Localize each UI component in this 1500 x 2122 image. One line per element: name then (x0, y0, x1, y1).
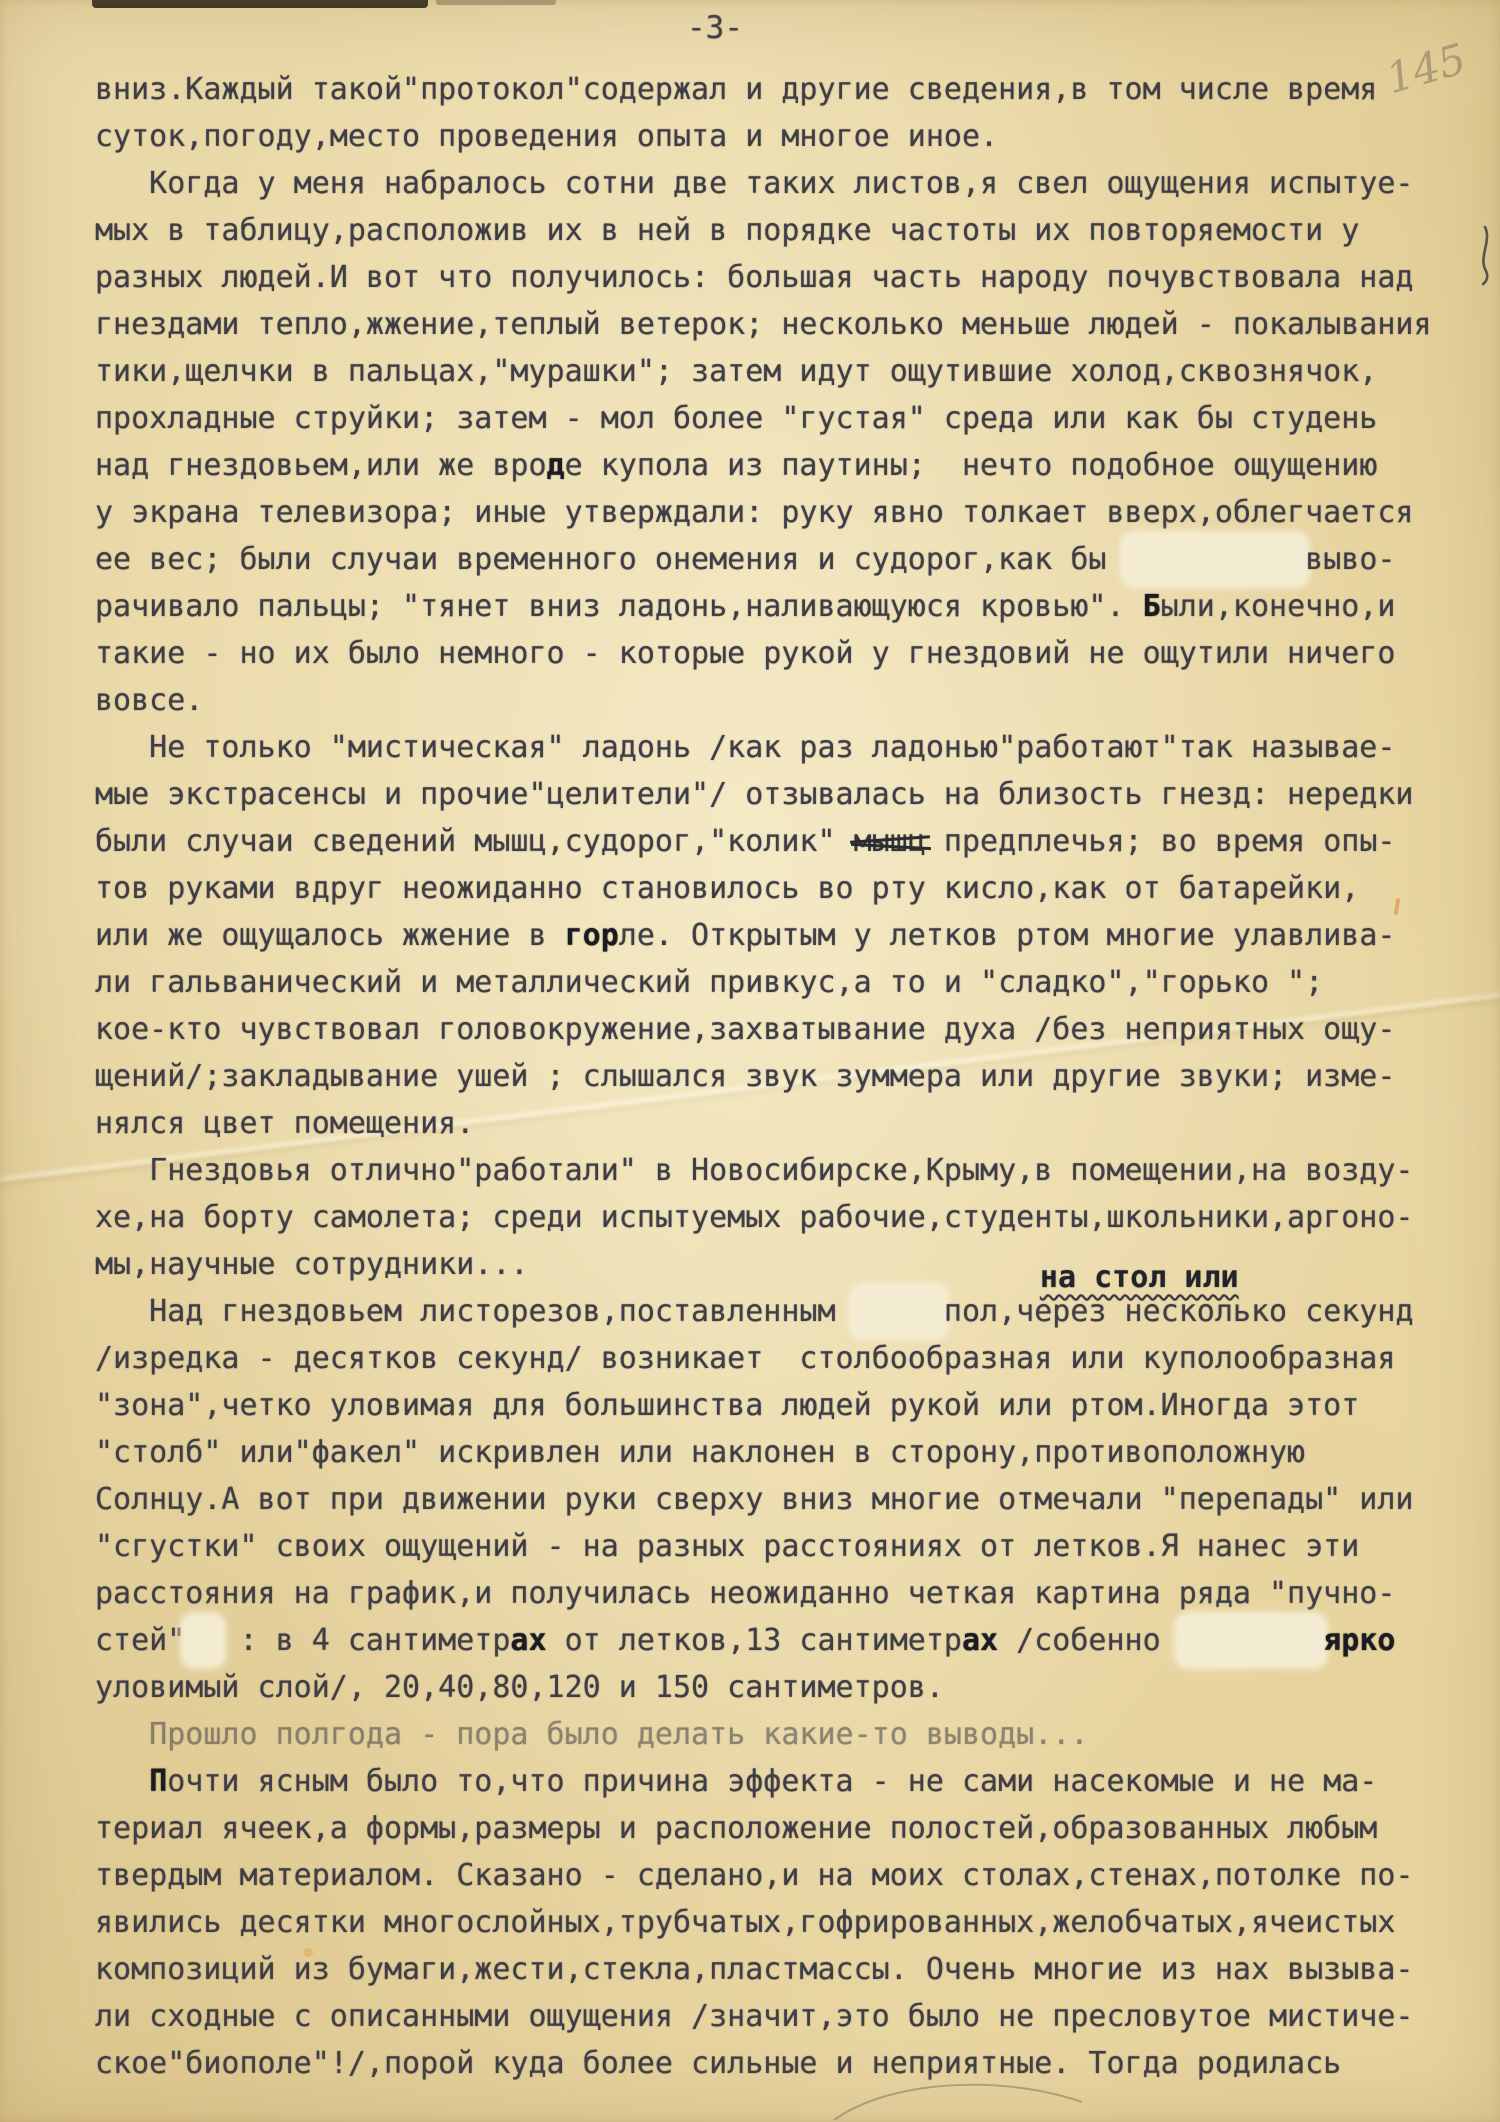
typed-line: рачивало пальцы; "тянет вниз ладонь,нали… (95, 583, 1495, 630)
typed-line: Прошло полгода - пора было делать какие-… (95, 1711, 1495, 1758)
typed-segment: над гнездовьем,или же вро (95, 448, 547, 483)
paper-fleck (303, 1948, 313, 1957)
typed-segment: расстояния на график,и получилась неожид… (95, 1576, 1395, 1611)
typed-line: расстояния на график,и получилась неожид… (95, 1570, 1495, 1617)
typed-segment: прохладные струйки; затем - мол более "г… (95, 401, 1377, 436)
typed-line: разных людей.И вот что получилось: больш… (95, 254, 1495, 301)
typed-segment: ли сходные с описанными ощущения /значит… (95, 1999, 1414, 2034)
typed-segment: тов руками вдруг неожиданно становилось … (95, 871, 1359, 906)
typed-line: териал ячеек,а формы,размеры и расположе… (95, 1805, 1495, 1852)
typed-line: прохладные струйки; затем - мол более "г… (95, 395, 1495, 442)
typed-line: Солнцу.А вот при движении руки сверху вн… (95, 1476, 1495, 1523)
typed-line: суток,погоду,место проведения опыта и мн… (95, 113, 1495, 160)
paragraph: Когда у меня набралось сотни две таких л… (95, 160, 1495, 724)
typed-line: ее вес; были случаи временного онемения … (95, 536, 1495, 583)
typed-line: Когда у меня набралось сотни две таких л… (95, 160, 1495, 207)
typed-segment: мы,научные сотрудники... (95, 1247, 528, 1282)
typed-segment: твердым материалом. Сказано - сделано,и … (95, 1858, 1414, 1893)
typed-segment (95, 1764, 149, 1799)
typed-line: стей" : в 4 сантиметрах от летков,13 сан… (95, 1617, 1495, 1664)
typed-segment: или же ощущалось жжение в (95, 918, 565, 953)
typed-segment: мые экстрасенсы и прочие"целители"/ отзы… (95, 777, 1414, 812)
typed-line: или же ощущалось жжение в горле. Открыты… (95, 912, 1495, 959)
typed-segment: ли гальванический и металлический привку… (95, 965, 1323, 1000)
typed-line: над гнездовьем,или же вроде купола из па… (95, 442, 1495, 489)
typed-segment: Когда у меня набралось сотни две таких л… (95, 166, 1414, 201)
typed-segment: разных людей.И вот что получилось: больш… (95, 260, 1414, 295)
typed-segment: ское"биополе"!/,порой куда более сильные… (95, 2046, 1341, 2081)
typed-segment: /собенно (998, 1623, 1179, 1658)
typed-segment: ее вес; были случаи временного онемения … (95, 542, 1125, 577)
typed-segment: /изредка - десятков секунд/ возникает ст… (95, 1341, 1395, 1376)
typed-segment: такие - но их было немного - которые рук… (95, 636, 1395, 671)
typed-segment: от летков,13 сантиметр (547, 1623, 962, 1658)
typed-line: хе,на борту самолета; среди испытуемых р… (95, 1194, 1495, 1241)
typed-segment: у экрана телевизора; иные утверждали: ру… (95, 495, 1414, 530)
typed-segment: очти ясным было то,что причина эффекта -… (167, 1764, 1377, 1799)
typed-line: вниз.Каждый такой"протокол"содержал и др… (95, 66, 1495, 113)
typed-line: вовсе. (95, 677, 1495, 724)
typed-segment: композиций из бумаги,жести,стекла,пластм… (95, 1952, 1414, 1987)
typed-segment: выво- (1305, 542, 1395, 577)
hand-corrected-text: П (149, 1764, 167, 1799)
typed-segment: Над гнездовьем листорезов,поставленным (95, 1294, 854, 1329)
paragraph: Над гнездовьем листорезов,поставленным н… (95, 1288, 1495, 1711)
typed-segment: кое-кто чувствовал головокружение,захват… (95, 1012, 1395, 1047)
typed-segment: ыли,конечно,и (1161, 589, 1396, 624)
hand-corrected-text: ярко (1323, 1623, 1395, 1658)
typed-line: "зона",четко уловимая для большинства лю… (95, 1382, 1495, 1429)
typed-segment: тики,щелчки в пальцах,"мурашки"; затем и… (95, 354, 1377, 389)
paragraph: Гнездовья отлично"работали" в Новосибирс… (95, 1147, 1495, 1288)
typed-line: "столб" или"факел" искривлен или наклоне… (95, 1429, 1495, 1476)
typed-line: мы,научные сотрудники... (95, 1241, 1495, 1288)
margin-ink-mark (1474, 224, 1496, 290)
whiteout-patch (1179, 1617, 1324, 1664)
typed-segment: гнездами тепло,жжение,теплый ветерок; не… (95, 307, 1432, 342)
typed-line: у экрана телевизора; иные утверждали: ру… (95, 489, 1495, 536)
typed-line: были случаи сведений мышц,судорог,"колик… (95, 818, 1495, 865)
typed-text: вниз.Каждый такой"протокол"содержал и др… (95, 66, 1495, 2087)
typed-line: ское"биополе"!/,порой куда более сильные… (95, 2040, 1495, 2087)
typed-segment: щений/;закладывание ушей ; слышался звук… (95, 1059, 1395, 1094)
typed-line: ли гальванический и металлический привку… (95, 959, 1495, 1006)
typed-segment: рачивало пальцы; "тянет вниз ладонь,нали… (95, 589, 1143, 624)
typed-line: Над гнездовьем листорезов,поставленным н… (95, 1288, 1495, 1335)
typed-segment: уловимый слой/, 20,40,80,120 и 150 санти… (95, 1670, 944, 1705)
typed-line: тики,щелчки в пальцах,"мурашки"; затем и… (95, 348, 1495, 395)
pencil-doodle-arc (828, 2072, 1090, 2122)
typed-line: "сгустки" своих ощущений - на разных рас… (95, 1523, 1495, 1570)
whiteout-patch (185, 1617, 221, 1664)
typed-line: Не только "мистическая" ладонь /как раз … (95, 724, 1495, 771)
typed-segment: нялся цвет помещения. (95, 1106, 474, 1141)
typed-line: кое-кто чувствовал головокружение,захват… (95, 1006, 1495, 1053)
typed-segment: е купола из паутины; нечто подобное ощущ… (565, 448, 1378, 483)
typed-segment: Не только "мистическая" ладонь /как раз … (95, 730, 1395, 765)
hand-corrected-text: ах (510, 1623, 546, 1658)
typed-segment: предплечья; во время опы- (926, 824, 1396, 859)
paragraph: Прошло полгода - пора было делать какие-… (95, 1711, 1495, 1758)
typed-line: ли сходные с описанными ощущения /значит… (95, 1993, 1495, 2040)
typed-line: такие - но их было немного - которые рук… (95, 630, 1495, 677)
typed-line: мых в таблицу,расположив их в ней в поря… (95, 207, 1495, 254)
typed-segment: вовсе. (95, 683, 203, 718)
typed-segment: суток,погоду,место проведения опыта и мн… (95, 119, 998, 154)
typed-segment: териал ячеек,а формы,размеры и расположе… (95, 1811, 1377, 1846)
typed-segment: пол,через несколько секунд (944, 1294, 1414, 1329)
hand-corrected-text: Б (1143, 589, 1161, 624)
scanned-typewritten-page: -3- 145 вниз.Каждый такой"протокол"содер… (0, 0, 1500, 2122)
typed-line: щений/;закладывание ушей ; слышался звук… (95, 1053, 1495, 1100)
typed-segment: хе,на борту самолета; среди испытуемых р… (95, 1200, 1414, 1235)
whiteout-patch (1125, 536, 1306, 583)
struck-out-word: мышц (854, 818, 926, 865)
typed-segment: : в 4 сантиметр (221, 1623, 510, 1658)
paragraph: Не только "мистическая" ладонь /как раз … (95, 724, 1495, 1147)
hand-corrected-text: гор (565, 918, 619, 953)
typed-line: мые экстрасенсы и прочие"целители"/ отзы… (95, 771, 1495, 818)
hand-corrected-text: д (547, 448, 565, 483)
typed-segment: явились десятки многослойных,трубчатых,г… (95, 1905, 1395, 1940)
scan-edge-artifact-faint (436, 0, 556, 5)
typed-line: /изредка - десятков секунд/ возникает ст… (95, 1335, 1495, 1382)
typed-line: Гнездовья отлично"работали" в Новосибирс… (95, 1147, 1495, 1194)
hand-corrected-text: ах (962, 1623, 998, 1658)
page-number: -3- (645, 10, 785, 46)
typed-line: нялся цвет помещения. (95, 1100, 1495, 1147)
typed-segment: "столб" или"факел" искривлен или наклоне… (95, 1435, 1305, 1470)
typed-segment: стей" (95, 1623, 185, 1658)
scan-edge-artifact (92, 0, 428, 8)
typed-segment: ле. Открытым у летков ртом многие улавли… (619, 918, 1396, 953)
typed-segment: "зона",четко уловимая для большинства лю… (95, 1388, 1359, 1423)
paragraph: вниз.Каждый такой"протокол"содержал и др… (95, 66, 1495, 160)
typed-segment: вниз.Каждый такой"протокол"содержал и др… (95, 72, 1377, 107)
whiteout-patch (854, 1288, 944, 1335)
typed-segment: были случаи сведений мышц,судорог,"колик… (95, 824, 854, 859)
typed-segment: мых в таблицу,расположив их в ней в поря… (95, 213, 1359, 248)
typed-line: твердым материалом. Сказано - сделано,и … (95, 1852, 1495, 1899)
typed-line: уловимый слой/, 20,40,80,120 и 150 санти… (95, 1664, 1495, 1711)
typed-line: тов руками вдруг неожиданно становилось … (95, 865, 1495, 912)
paragraph: Почти ясным было то,что причина эффекта … (95, 1758, 1495, 2087)
typed-line: Почти ясным было то,что причина эффекта … (95, 1758, 1495, 1805)
typed-line: гнездами тепло,жжение,теплый ветерок; не… (95, 301, 1495, 348)
typed-segment: Солнцу.А вот при движении руки сверху вн… (95, 1482, 1414, 1517)
typed-segment: Прошло полгода - пора было делать какие-… (95, 1717, 1088, 1752)
typed-segment: Гнездовья отлично"работали" в Новосибирс… (95, 1153, 1414, 1188)
typed-segment: "сгустки" своих ощущений - на разных рас… (95, 1529, 1359, 1564)
typed-line: явились десятки многослойных,трубчатых,г… (95, 1899, 1495, 1946)
